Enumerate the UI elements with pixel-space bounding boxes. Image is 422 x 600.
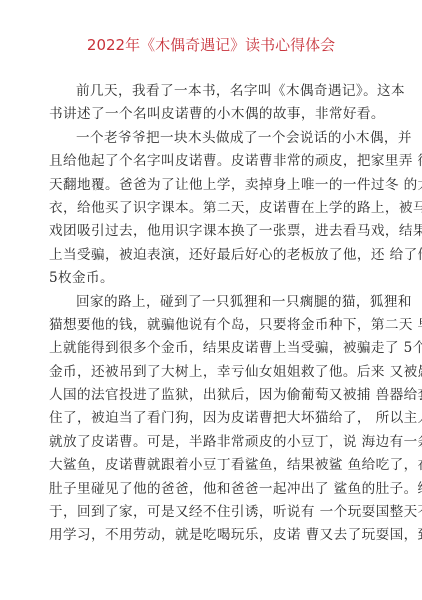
text-line: 且给他起了个名字叫皮诺曹。皮诺曹非常的顽皮，把家里弄 得	[49, 150, 377, 173]
text-line: 一个老爷爷把一块木头做成了一个会说话的小木偶，并	[49, 127, 377, 150]
text-line: 前几天，我看了一本书，名字叫《木偶奇遇记》。这本	[49, 80, 377, 103]
paragraph-3: 回家的路上，碰到了一只狐狸和一只瘸腿的猫，狐狸和 猫想要他的钱，就骗他说有个岛，…	[49, 291, 377, 548]
text-line: 书讲述了一个名叫皮诺曹的小木偶的故事，非常好看。	[49, 103, 377, 126]
text-line: 上当受骗，被迫表演，还好最后好心的老板放了他，还 给了他	[49, 244, 377, 267]
text-line: 5枚金币。	[49, 267, 377, 290]
text-line: 金币，还被吊到了大树上，幸亏仙女姐姐救了他。后来 又被愚	[49, 361, 377, 384]
text-line: 戏团吸引过去，他用识字课本换了一张票，进去看马戏，结果	[49, 220, 377, 243]
text-line: 上就能得到很多个金币，结果皮诺曹上当受骗，被骗走了 5个	[49, 337, 377, 360]
document-title: 2022年《木偶奇遇记》读书心得体会	[0, 34, 422, 55]
document-body: 前几天，我看了一本书，名字叫《木偶奇遇记》。这本 书讲述了一个名叫皮诺曹的小木偶…	[49, 80, 377, 548]
text-line: 于，回到了家，可是又经不住引诱，听说有 一个玩耍国整天不	[49, 501, 377, 524]
text-line: 肚子里碰见了他的爸爸，他和爸爸一起冲出了 鲨鱼的肚子。终	[49, 478, 377, 501]
text-line: 人国的法官投进了监狱，出狱后，因为偷葡萄又被捕 兽器给套	[49, 384, 377, 407]
paragraph-1: 前几天，我看了一本书，名字叫《木偶奇遇记》。这本 书讲述了一个名叫皮诺曹的小木偶…	[49, 80, 377, 127]
text-line: 猫想要他的钱，就骗他说有个岛，只要将金币种下，第二天 早	[49, 314, 377, 337]
text-line: 住了，被迫当了看门狗，因为皮诺曹把大坏猫给了， 所以主人	[49, 407, 377, 430]
text-line: 就放了皮诺曹。可是，半路非常顽皮的小豆丁，说 海边有一条	[49, 431, 377, 454]
text-line: 衣，给他买了识字课本。第二天，皮诺曹在上学的路上，被马	[49, 197, 377, 220]
text-line: 用学习，不用劳动，就是吃喝玩乐，皮诺 曹又去了玩耍国，到	[49, 524, 377, 547]
text-line: 回家的路上，碰到了一只狐狸和一只瘸腿的猫，狐狸和	[49, 291, 377, 314]
document-page: 2022年《木偶奇遇记》读书心得体会 前几天，我看了一本书，名字叫《木偶奇遇记》…	[0, 0, 422, 600]
text-line: 天翻地覆。爸爸为了让他上学，卖掉身上唯一的一件过冬 的大	[49, 174, 377, 197]
text-line: 大鲨鱼，皮诺曹就跟着小豆丁看鲨鱼，结果被鲨 鱼给吃了，在	[49, 454, 377, 477]
paragraph-2: 一个老爷爷把一块木头做成了一个会说话的小木偶，并 且给他起了个名字叫皮诺曹。皮诺…	[49, 127, 377, 291]
